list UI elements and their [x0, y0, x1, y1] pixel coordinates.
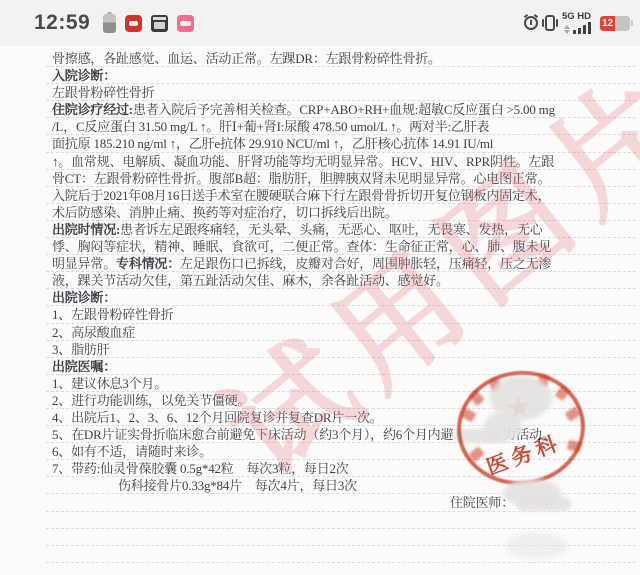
- status-bar-right: 5G HD 12: [524, 12, 630, 35]
- text-segment: 明显异常。: [52, 256, 116, 271]
- text-segment: 4、出院后1、2、3、6、12个月回院复诊并复查DR片一次。: [52, 410, 383, 425]
- document-line: ↑。血常规、电解质、凝血功能、肝肾功能等均无明显异常。HCV、HIV、RPR阴性…: [46, 153, 636, 170]
- text-segment: 患者诉左足跟疼痛轻，无头晕、头痛，无恶心、呕吐，无畏寒、发热，无心: [120, 222, 542, 237]
- redaction-blur: [516, 497, 571, 511]
- text-segment: 3、脂肪肝: [52, 342, 110, 357]
- network-type-label: 5G HD: [562, 12, 591, 22]
- text-segment: 出院时情况:: [52, 222, 120, 237]
- pink-app-notification-icon: [177, 15, 194, 32]
- status-bar: 12:59 5G HD 12: [0, 0, 640, 46]
- text-segment: 骨CT：左跟骨粉碎性骨折。腹部B超：脂肪肝，胆脾胰双肾未见明显异常。心电图正常。: [52, 171, 550, 186]
- document-text-area: 骨擦感，各趾感觉、血运、活动正常。左踝DR：左跟骨粉碎性骨折。入院诊断：左跟骨粉…: [46, 50, 636, 575]
- text-segment: 出院医嘱：: [52, 359, 116, 374]
- document-line: 入院诊断：: [46, 67, 636, 84]
- text-segment: 左跟骨粉碎性骨折: [52, 85, 154, 100]
- text-segment: 伤科接骨片0.33g*84片 每次4片，每日3次: [118, 478, 357, 493]
- document-line: 2、高尿酸血症: [46, 324, 636, 341]
- text-segment: 液，踝关节活动欠佳，第五趾活动欠佳、麻木，余各趾活动、感觉好。: [52, 273, 449, 288]
- document-line: 骨擦感，各趾感觉、血运、活动正常。左踝DR：左跟骨粉碎性骨折。: [46, 50, 636, 67]
- text-segment: 7、带药:仙灵骨葆胶囊 0.5g*42粒 每次3粒，每日2次: [52, 461, 349, 476]
- document-line: [46, 546, 636, 563]
- document-line: 术后防感染、消肿止痛、换药等对症治疗，切口拆线后出院。: [46, 204, 636, 221]
- document-line: 出院医嘱：: [46, 358, 636, 375]
- text-segment: 6、如有不适，请随时来诊。: [52, 444, 212, 459]
- document-line: 1、左跟骨粉碎性骨折: [46, 306, 636, 323]
- document-line: 液，踝关节活动欠佳，第五趾活动欠佳、麻木，余各趾活动、感觉好。: [46, 272, 636, 289]
- text-segment: 1、建议休息3个月。: [52, 376, 167, 391]
- document-line: 悸、胸闷等症状，精神、睡眠、食欲可，二便正常。查体：生命征正常，心、肺、腹未见: [46, 238, 636, 255]
- document-line: [46, 563, 636, 575]
- document-line: [46, 529, 636, 546]
- status-bar-left: 12:59: [34, 11, 194, 35]
- text-segment: 住院诊疗经过:: [52, 102, 133, 117]
- text-segment: 力活动。: [503, 427, 554, 442]
- document-line: 明显异常。专科情况：左足跟伤口已拆线，皮瓣对合好，周围肿胀轻，压痛轻，压之无渗: [46, 255, 636, 272]
- document-line: 7、带药:仙灵骨葆胶囊 0.5g*42粒 每次3粒，每日2次: [46, 460, 636, 477]
- text-segment: 面抗原 185.210 ng/ml ↑，乙肝e抗体 29.910 NCU/ml …: [52, 136, 493, 151]
- text-segment: 出院诊断：: [52, 290, 116, 305]
- medical-discharge-document: 骨擦感，各趾感觉、血运、活动正常。左踝DR：左跟骨粉碎性骨折。入院诊断：左跟骨粉…: [46, 46, 636, 575]
- redaction-blur: [455, 429, 501, 443]
- document-line: 2、进行功能训练，以免关节僵硬。: [46, 392, 636, 409]
- clock-time: 12:59: [34, 11, 90, 35]
- phone-screenshot: 12:59 5G HD 12 骨擦感，各趾感觉、血运、活动正常。左踝DR：左跟骨…: [0, 0, 640, 575]
- battery-percent: 12: [600, 16, 615, 31]
- document-line: 出院诊断：: [46, 289, 636, 306]
- text-segment: 骨擦感，各趾感觉、血运、活动正常。左踝DR：左跟骨粉碎性骨折。: [52, 51, 441, 66]
- document-line: [46, 512, 636, 529]
- text-segment: 入院诊断：: [52, 68, 116, 83]
- document-line: 4、出院后1、2、3、6、12个月回院复诊并复查DR片一次。: [46, 409, 636, 426]
- document-line: 面抗原 185.210 ng/ml ↑，乙肝e抗体 29.910 NCU/ml …: [46, 135, 636, 152]
- text-segment: 专科情况：: [116, 256, 180, 271]
- document-line: 住院诊疗经过:患者入院后予完善相关检查。CRP+ABO+RH+血规:超敏C反应蛋…: [46, 101, 636, 118]
- text-segment: ↑。血常规、电解质、凝血功能、肝肾功能等均无明显异常。HCV、HIV、RPR阴性…: [52, 154, 554, 169]
- text-segment: /L，C反应蛋白 31.50 mg/L ↑。肝Ⅰ+葡+肾I:尿酸 478.50 …: [52, 119, 489, 134]
- document-line: 5、在DR片证实骨折临床愈合前避免下床活动（约3个月），约6个月内避力活动。: [46, 426, 636, 443]
- text-segment: 1、左跟骨粉碎性骨折: [52, 307, 174, 322]
- text-segment: 2、进行功能训练，以免关节僵硬。: [52, 393, 250, 408]
- network-indicator: 5G HD: [562, 12, 591, 35]
- text-segment: 左足跟伤口已拆线，皮瓣对合好，周围肿胀轻，压痛轻，压之无渗: [180, 256, 551, 271]
- document-line: 6、如有不适，请随时来诊。: [46, 443, 636, 460]
- document-line: 1、建议休息3个月。: [46, 375, 636, 392]
- red-app-notification-icon: [125, 15, 142, 32]
- text-segment: 2、高尿酸血症: [52, 325, 135, 340]
- document-line: 骨CT：左跟骨粉碎性骨折。腹部B超：脂肪肝，胆脾胰双肾未见明显异常。心电图正常。: [46, 170, 636, 187]
- news-app-notification-icon: [151, 15, 168, 32]
- document-line: /L，C反应蛋白 31.50 mg/L ↑。肝Ⅰ+葡+肾I:尿酸 478.50 …: [46, 118, 636, 135]
- text-segment: 术后防感染、消肿止痛、换药等对症治疗，切口拆线后出院。: [52, 205, 398, 220]
- text-segment: 5、在DR片证实骨折临床愈合前避免下床活动（约3个月），约6个月内避: [52, 427, 453, 442]
- document-line: 伤科接骨片0.33g*84片 每次4片，每日3次: [46, 477, 636, 494]
- text-segment: 悸、胸闷等症状，精神、睡眠、食欲可，二便正常。查体：生命征正常，心、肺、腹未见: [52, 239, 551, 254]
- text-segment: 入院后于2021年08月16日送手术室在腰硬联合麻下行左跟骨骨折切开复位钢板内固…: [52, 188, 550, 203]
- text-segment: 患者入院后予完善相关检查。CRP+ABO+RH+血规:超敏C反应蛋白 >5.00…: [133, 102, 555, 117]
- document-line: 3、脂肪肝: [46, 341, 636, 358]
- text-segment: 住院医师：: [450, 495, 514, 510]
- document-line: 出院时情况:患者诉左足跟疼痛轻，无头晕、头痛，无恶心、呕吐，无畏寒、发热，无心: [46, 221, 636, 238]
- document-line: 入院后于2021年08月16日送手术室在腰硬联合麻下行左跟骨骨折切开复位钢板内固…: [46, 187, 636, 204]
- alarm-clock-icon: [524, 16, 538, 30]
- battery-icon: 12: [600, 16, 630, 31]
- signal-bars-icon: [564, 22, 591, 34]
- document-line: 左跟骨粉碎性骨折: [46, 84, 636, 101]
- document-line: 住院医师：: [46, 494, 636, 511]
- vibrate-mode-icon: [545, 15, 555, 31]
- battery-notification-icon: [103, 14, 116, 33]
